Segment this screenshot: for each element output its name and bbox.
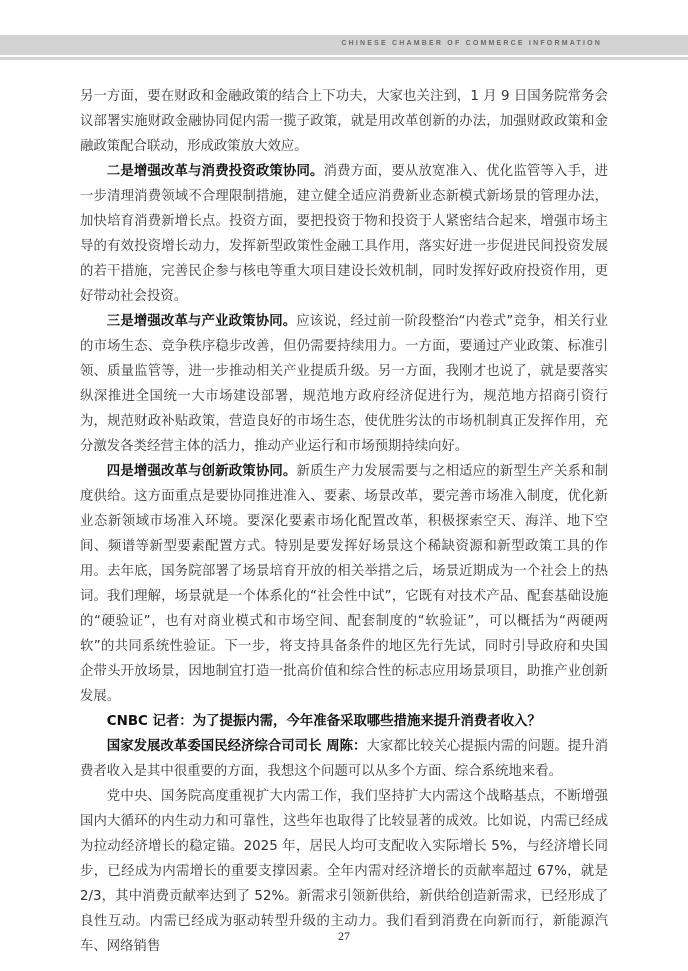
paragraph-lead: 四是增强改革与创新政策协同。 [107, 464, 297, 479]
paragraph-text: 消费方面，要从放宽准入、优化监管等入手，进一步清理消费领域不合理限制措施，建立健… [80, 164, 608, 304]
answer-speaker: 国家发展改革委国民经济综合司司长 周陈： [107, 739, 367, 754]
header-divider [0, 57, 688, 60]
paragraph-text: 应该说，经过前一阶段整治“内卷式”竞争，相关行业的市场生态、竞争秩序稳步改善，但… [80, 314, 608, 454]
paragraph-lead: 三是增强改革与产业政策协同。 [107, 314, 296, 329]
paragraph-innovation-policy: 四是增强改革与创新政策协同。新质生产力发展需要与之相适应的新型生产关系和制度供给… [80, 459, 608, 709]
publication-title: CHINESE CHAMBER OF COMMERCE INFORMATION [341, 40, 602, 47]
paragraph-lead: 二是增强改革与消费投资政策协同。 [107, 164, 324, 179]
paragraph-text: 新质生产力发展需要与之相适应的新型生产关系和制度供给。这方面重点是要协同推进准入… [80, 464, 608, 704]
paragraph-text: 另一方面，要在财政和金融政策的结合上下功夫，大家也关注到，1 月 9 日国务院常… [80, 89, 608, 154]
header-band: CHINESE CHAMBER OF COMMERCE INFORMATION [0, 35, 688, 55]
interview-answer: 国家发展改革委国民经济综合司司长 周陈：大家都比较关心提振内需的问题。提升消费者… [80, 734, 608, 784]
paragraph-fiscal-financial: 另一方面，要在财政和金融政策的结合上下功夫，大家也关注到，1 月 9 日国务院常… [80, 84, 608, 159]
interview-question: CNBC 记者：为了提振内需，今年准备采取哪些措施来提升消费者收入？ [80, 709, 608, 734]
paragraph-industrial-policy: 三是增强改革与产业政策协同。应该说，经过前一阶段整治“内卷式”竞争，相关行业的市… [80, 309, 608, 459]
article-body: 另一方面，要在财政和金融政策的结合上下功夫，大家也关注到，1 月 9 日国务院常… [80, 84, 608, 959]
paragraph-consumption-investment: 二是增强改革与消费投资政策协同。消费方面，要从放宽准入、优化监管等入手，进一步清… [80, 159, 608, 309]
page-number: 27 [0, 929, 688, 944]
